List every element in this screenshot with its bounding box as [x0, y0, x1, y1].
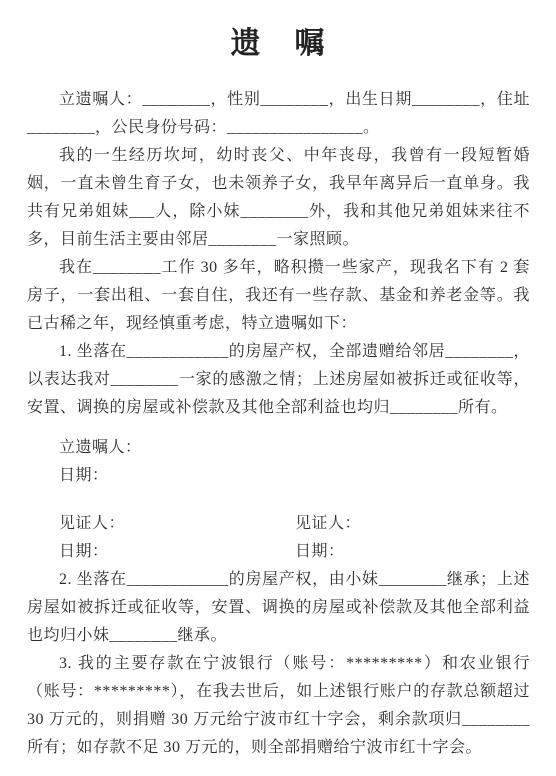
- will-document-page: 遗 嘱 立遗嘱人：________，性别________，出生日期_______…: [0, 0, 556, 776]
- witness-names-row: 见证人： 见证人：: [27, 510, 530, 538]
- witness-2-date-label: 日期：: [295, 538, 345, 566]
- paragraph-life-history: 我的一生经历坎坷，幼时丧父、中年丧母，我曾有一段短暂婚姻，一直未曾生育子女，也未…: [27, 142, 530, 254]
- witness-2-label: 见证人：: [295, 510, 361, 538]
- witness-block: 见证人： 见证人： 日期： 日期：: [27, 510, 530, 566]
- clause-2-house-inheritance: 2. 坐落在____________的房屋产权，由小妹________继承；上述…: [27, 566, 530, 650]
- signature-block: 立遗嘱人： 日期：: [27, 434, 530, 490]
- witness-1-label: 见证人：: [59, 510, 295, 538]
- testator-signature-label: 立遗嘱人：: [27, 434, 530, 462]
- paragraph-testator-info: 立遗嘱人：________，性别________，出生日期________，住址…: [27, 86, 530, 142]
- testator-date-label: 日期：: [27, 462, 530, 490]
- paragraph-assets-intro: 我在________工作 30 多年，略积攒一些家产，现我名下有 2 套房子，一…: [27, 254, 530, 338]
- witness-dates-row: 日期： 日期：: [27, 538, 530, 566]
- witness-1-date-label: 日期：: [59, 538, 295, 566]
- clause-3-bank-deposits: 3. 我的主要存款在宁波银行（账号：*********）和农业银行（账号：***…: [27, 650, 530, 762]
- clause-1-house-bequest: 1. 坐落在____________的房屋产权，全部遗赠给邻居________，…: [27, 338, 530, 422]
- document-title: 遗 嘱: [27, 18, 530, 62]
